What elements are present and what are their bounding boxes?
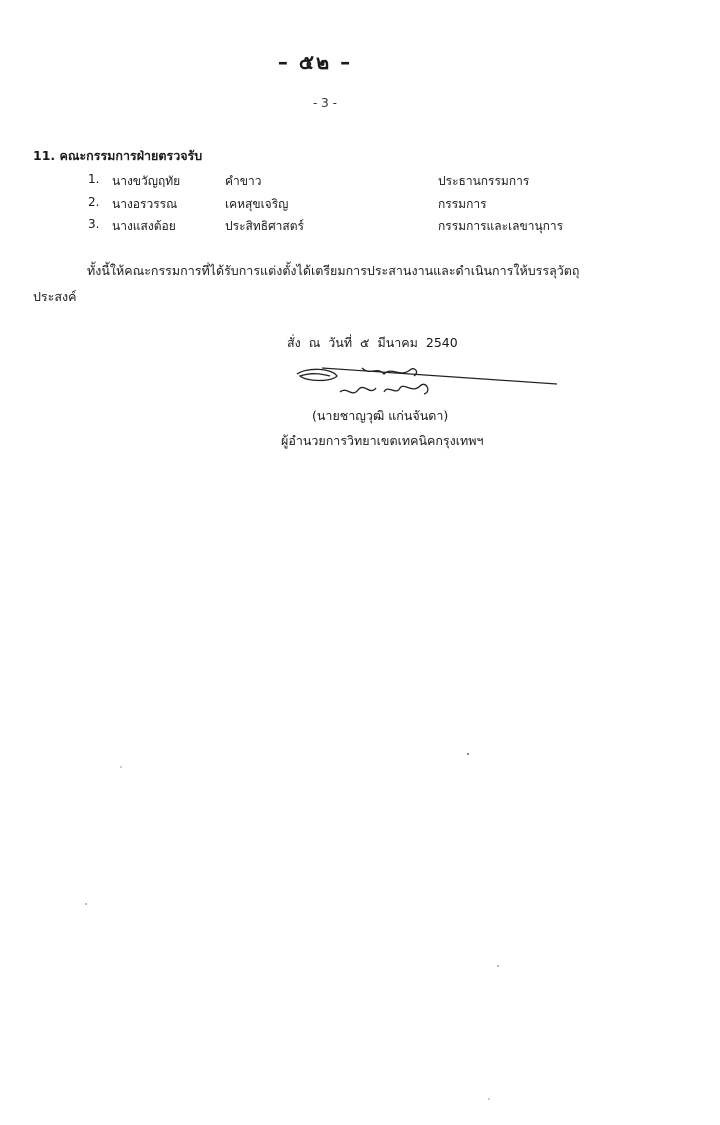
member-first-name: นางขวัญฤทัย	[112, 172, 180, 191]
member-first-name: นางอรวรรณ	[112, 195, 177, 214]
signer-name: (นายชาญวุฒิ แก่นจันดา)	[312, 406, 448, 426]
member-role: กรรมการ	[438, 195, 487, 214]
paragraph-line-1: ทั้งนี้ให้คณะกรรมการที่ได้รับการแต่งตั้ง…	[87, 261, 579, 281]
member-number: 2.	[88, 195, 99, 209]
handwritten-page-number: – ๕๒ –	[0, 46, 630, 78]
scan-speck	[467, 753, 469, 755]
member-number: 1.	[88, 172, 99, 186]
paragraph-line-2: ประสงค์	[33, 287, 76, 307]
member-role: ประธานกรรมการ	[438, 172, 529, 191]
signer-position: ผู้อำนวยการวิทยาเขตเทคนิคกรุงเทพฯ	[281, 431, 484, 451]
member-last-name: คำขาว	[225, 172, 261, 191]
scan-speck	[85, 903, 87, 905]
member-role: กรรมการและเลขานุการ	[438, 217, 563, 236]
scan-speck	[488, 1098, 490, 1100]
scan-speck	[120, 766, 122, 768]
signature	[292, 362, 557, 402]
section-title: 11. คณะกรรมการฝ่ายตรวจรับ	[33, 146, 202, 166]
scan-speck	[497, 965, 499, 967]
member-last-name: เคหสุขเจริญ	[225, 195, 288, 214]
member-first-name: นางแสงต้อย	[112, 217, 176, 236]
page-number: - 3 -	[0, 96, 650, 110]
member-last-name: ประสิทธิศาสตร์	[225, 217, 304, 236]
order-date: สั่ง ณ วันที่ ๕ มีนาคม 2540	[287, 333, 458, 353]
member-number: 3.	[88, 217, 99, 231]
